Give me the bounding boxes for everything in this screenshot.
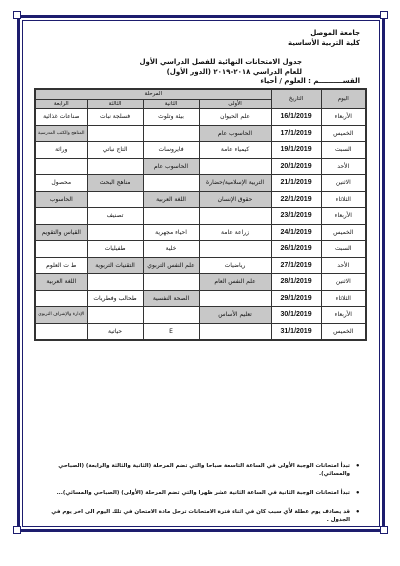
header-third: الثالثة <box>87 99 143 109</box>
subject-cell-second-stage <box>143 175 199 192</box>
note-text: قد يصادف يوم عطلة لأي سبب كان في اثناء ف… <box>51 509 350 523</box>
subject-cell-fourth-stage: وراثة <box>35 142 87 159</box>
subject-cell-third-stage: فسلجة نبات <box>87 109 143 126</box>
exam-schedule-table: اليوم التاريخ المرحلة الأولى الثانية الث… <box>34 88 367 341</box>
note-text: تبدأ امتحانات الوجبة الأولى في الساعة ال… <box>58 463 350 477</box>
subject-cell-first-stage <box>199 241 271 258</box>
header-stage: المرحلة <box>35 89 271 99</box>
date-cell: 19/1/2019 <box>271 142 321 159</box>
college-name: كلية التربية الأساسية <box>288 38 360 48</box>
day-cell: الأحد <box>321 158 366 175</box>
table-row: الأربعاء23/1/2019تصنيف <box>35 208 366 225</box>
subject-cell-third-stage: طحالب وفطريات <box>87 290 143 307</box>
day-cell: الخميس <box>321 125 366 142</box>
note-item: • قد يصادف يوم عطلة لأي سبب كان في اثناء… <box>40 508 360 524</box>
title-line-2: للعام الدراسي ٢٠١٨-٢٠١٩ (الدور الأول) <box>60 67 302 77</box>
day-cell: الاثنين <box>321 175 366 192</box>
subject-cell-first-stage: تعليم الأساس <box>199 307 271 324</box>
date-cell: 22/1/2019 <box>271 191 321 208</box>
border-corner-ornament <box>380 526 388 534</box>
subject-cell-fourth-stage: صناعات غذائية <box>35 109 87 126</box>
date-cell: 26/1/2019 <box>271 241 321 258</box>
subject-cell-third-stage <box>87 224 143 241</box>
subject-cell-fourth-stage: الإدارة والإشراف التربوي <box>35 307 87 324</box>
date-cell: 21/1/2019 <box>271 175 321 192</box>
date-cell: 23/1/2019 <box>271 208 321 225</box>
date-cell: 16/1/2019 <box>271 109 321 126</box>
day-cell: السبت <box>321 142 366 159</box>
subject-cell-second-stage: اللغة العربية <box>143 191 199 208</box>
header-second: الثانية <box>143 99 199 109</box>
subject-cell-fourth-stage <box>35 323 87 340</box>
subject-cell-second-stage: بيئة وتلوث <box>143 109 199 126</box>
subject-cell-third-stage: حياتية <box>87 323 143 340</box>
day-cell: الخميس <box>321 224 366 241</box>
date-cell: 29/1/2019 <box>271 290 321 307</box>
subject-cell-third-stage <box>87 274 143 291</box>
bullet-icon: • <box>356 508 360 516</box>
date-cell: 20/1/2019 <box>271 158 321 175</box>
table-row: الثلاثاء29/1/2019الصحة النفسيةطحالب وفطر… <box>35 290 366 307</box>
department-label: القســــــــــم : العلوم / أحياء <box>260 77 360 85</box>
subject-cell-first-stage: الحاسوب عام <box>199 125 271 142</box>
subject-cell-first-stage <box>199 158 271 175</box>
subject-cell-second-stage: الحاسوب عام <box>143 158 199 175</box>
date-cell: 17/1/2019 <box>271 125 321 142</box>
subject-cell-first-stage: رياضيات <box>199 257 271 274</box>
notes-list: • تبدأ امتحانات الوجبة الأولى في الساعة … <box>40 462 360 535</box>
note-item: • تبدأ امتحانات الوجبة الأولى في الساعة … <box>40 462 360 478</box>
day-cell: الثلاثاء <box>321 290 366 307</box>
table-row: الأحد20/1/2019الحاسوب عام <box>35 158 366 175</box>
bullet-icon: • <box>356 489 360 497</box>
day-cell: الأحد <box>321 257 366 274</box>
subject-cell-third-stage <box>87 158 143 175</box>
title-line-1: جدول الامتحانات النهائية للفصل الدراسي ا… <box>60 57 302 67</box>
subject-cell-second-stage <box>143 307 199 324</box>
university-name: جامعة الموصل <box>288 28 360 38</box>
subject-cell-third-stage: التاج نباتي <box>87 142 143 159</box>
subject-cell-fourth-stage: ط ت العلوم <box>35 257 87 274</box>
subject-cell-first-stage: علم النفس العام <box>199 274 271 291</box>
table-row: الاثنين21/1/2019التربية الإسلامية/حضارةم… <box>35 175 366 192</box>
subject-cell-fourth-stage <box>35 290 87 307</box>
note-text: تبدأ امتحانات الوجبة الثانية في الساعة ا… <box>57 490 350 496</box>
header-first: الأولى <box>199 99 271 109</box>
subject-cell-first-stage <box>199 290 271 307</box>
subject-cell-fourth-stage <box>35 241 87 258</box>
day-cell: الأربعاء <box>321 307 366 324</box>
subject-cell-second-stage: فايروسات <box>143 142 199 159</box>
day-cell: الأربعاء <box>321 208 366 225</box>
subject-cell-fourth-stage: المناهج والكتب المدرسية <box>35 125 87 142</box>
table-row: الثلاثاء22/1/2019حقوق الإنساناللغة العرب… <box>35 191 366 208</box>
subject-cell-third-stage: تصنيف <box>87 208 143 225</box>
table-row: السبت19/1/2019كيمياء عامةفايروساتالتاج ن… <box>35 142 366 159</box>
border-corner-ornament <box>380 11 388 19</box>
table-row: الخميس31/1/2019Eحياتية <box>35 323 366 340</box>
subject-cell-third-stage: مناهج البحث <box>87 175 143 192</box>
subject-cell-third-stage: طفيليات <box>87 241 143 258</box>
border-corner-ornament <box>13 11 21 19</box>
date-cell: 24/1/2019 <box>271 224 321 241</box>
table-row: الخميس24/1/2019زراعة عامةاحياء مجهريةالق… <box>35 224 366 241</box>
subject-cell-second-stage: خلية <box>143 241 199 258</box>
subject-cell-fourth-stage: محصول <box>35 175 87 192</box>
table-row: الخميس17/1/2019الحاسوب عامالمناهج والكتب… <box>35 125 366 142</box>
subject-cell-third-stage: التقنيات التربوية <box>87 257 143 274</box>
table-row: الأربعاء16/1/2019علم الحيوانبيئة وتلوثفس… <box>35 109 366 126</box>
date-cell: 30/1/2019 <box>271 307 321 324</box>
subject-cell-first-stage <box>199 323 271 340</box>
subject-cell-fourth-stage <box>35 158 87 175</box>
subject-cell-second-stage: احياء مجهرية <box>143 224 199 241</box>
day-cell: الخميس <box>321 323 366 340</box>
header-fourth: الرابعة <box>35 99 87 109</box>
date-cell: 31/1/2019 <box>271 323 321 340</box>
header-row: اليوم التاريخ المرحلة <box>35 89 366 99</box>
day-cell: الأربعاء <box>321 109 366 126</box>
subject-cell-third-stage <box>87 307 143 324</box>
table-row: السبت26/1/2019خليةطفيليات <box>35 241 366 258</box>
subject-cell-second-stage: E <box>143 323 199 340</box>
subject-cell-first-stage <box>199 208 271 225</box>
document-title: جدول الامتحانات النهائية للفصل الدراسي ا… <box>60 57 340 77</box>
subject-cell-second-stage <box>143 125 199 142</box>
subject-cell-first-stage: حقوق الإنسان <box>199 191 271 208</box>
subject-cell-first-stage: علم الحيوان <box>199 109 271 126</box>
subject-cell-second-stage: علم النفس التربوي <box>143 257 199 274</box>
day-cell: الثلاثاء <box>321 191 366 208</box>
table-row: الأربعاء30/1/2019تعليم الأساسالإدارة وال… <box>35 307 366 324</box>
subject-cell-fourth-stage: اللغة العربية <box>35 274 87 291</box>
subject-cell-first-stage: زراعة عامة <box>199 224 271 241</box>
subject-cell-first-stage: التربية الإسلامية/حضارة <box>199 175 271 192</box>
subject-cell-second-stage <box>143 274 199 291</box>
header-day: اليوم <box>321 89 366 109</box>
subject-cell-second-stage <box>143 208 199 225</box>
header-date: التاريخ <box>271 89 321 109</box>
day-cell: السبت <box>321 241 366 258</box>
date-cell: 28/1/2019 <box>271 274 321 291</box>
table-row: الاثنين28/1/2019علم النفس العاماللغة الع… <box>35 274 366 291</box>
subject-cell-fourth-stage: الحاسوب <box>35 191 87 208</box>
table-row: الأحد27/1/2019رياضياتعلم النفس التربويال… <box>35 257 366 274</box>
border-corner-ornament <box>13 526 21 534</box>
institution-header: جامعة الموصل كلية التربية الأساسية <box>288 28 360 48</box>
subject-cell-third-stage <box>87 191 143 208</box>
subject-cell-fourth-stage: القياس والتقويم <box>35 224 87 241</box>
date-cell: 27/1/2019 <box>271 257 321 274</box>
subject-cell-first-stage: كيمياء عامة <box>199 142 271 159</box>
subject-cell-fourth-stage <box>35 208 87 225</box>
subject-cell-second-stage: الصحة النفسية <box>143 290 199 307</box>
subject-cell-third-stage <box>87 125 143 142</box>
day-cell: الاثنين <box>321 274 366 291</box>
note-item: • تبدأ امتحانات الوجبة الثانية في الساعة… <box>40 489 360 497</box>
bullet-icon: • <box>356 462 360 470</box>
